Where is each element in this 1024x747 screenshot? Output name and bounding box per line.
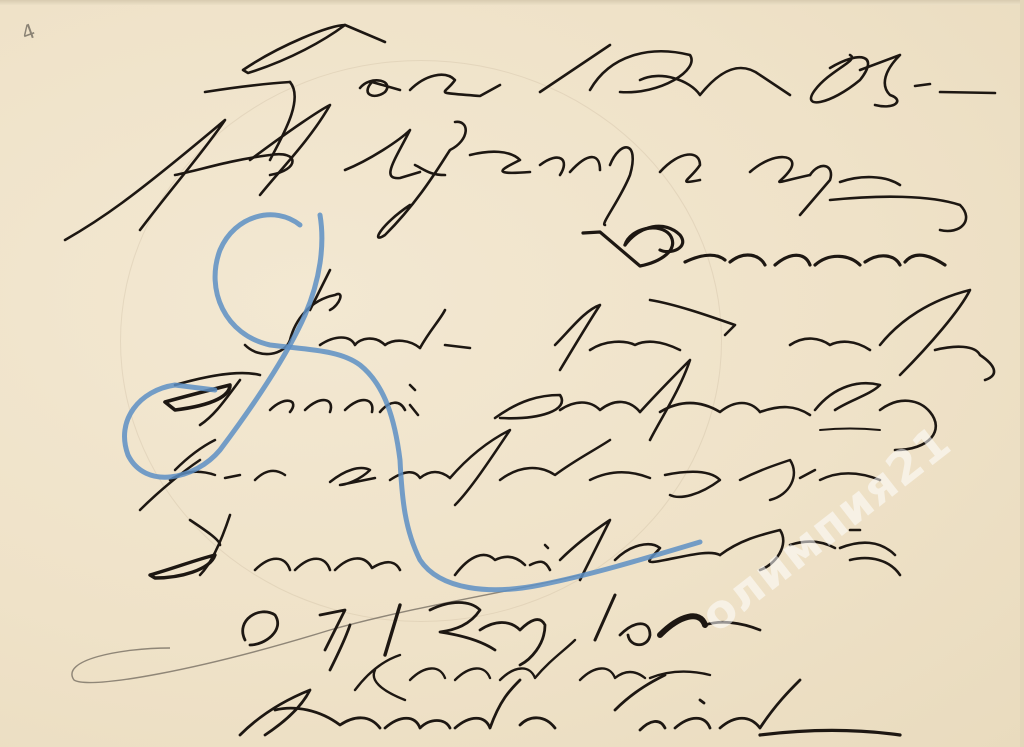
line-body-3 bbox=[140, 430, 880, 510]
line-date bbox=[205, 25, 995, 160]
line-place bbox=[583, 226, 945, 266]
line-addressee bbox=[65, 105, 966, 240]
line-signature bbox=[240, 675, 900, 735]
handwriting-svg bbox=[0, 0, 1024, 747]
line-body-6 bbox=[355, 640, 710, 700]
line-body-2 bbox=[165, 360, 936, 450]
postcard: 4 bbox=[0, 0, 1024, 747]
